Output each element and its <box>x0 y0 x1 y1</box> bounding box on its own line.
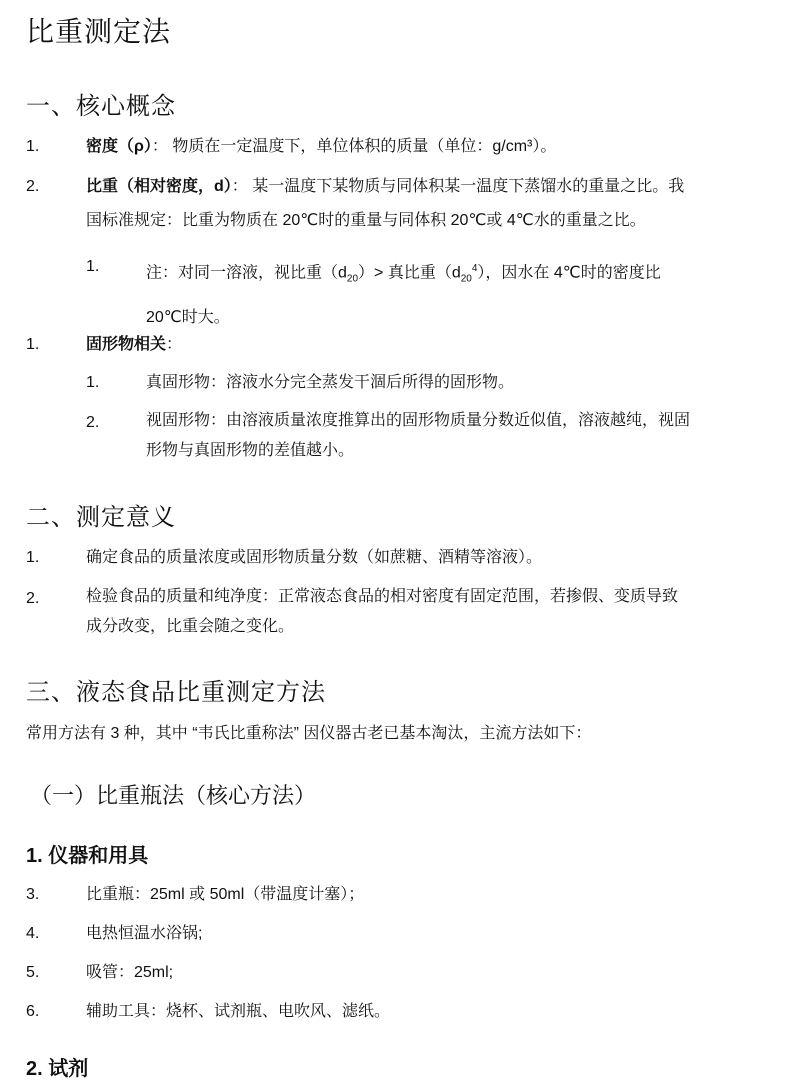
heading-instruments: 1. 仪器和用具 <box>26 839 148 868</box>
list-number: 2. <box>26 170 66 204</box>
term-definition: 某一温度下某物质与同体积某一温度下蒸馏水的重量之比。我 <box>252 178 684 195</box>
list-number: 3. <box>26 878 66 912</box>
list-number: 1. <box>26 328 66 362</box>
list-number: 2. <box>86 406 126 440</box>
section-heading-core-concepts: 一、核心概念 <box>26 86 176 121</box>
list-number: 2. <box>26 582 66 616</box>
methods-intro: 常用方法有 3 种，其中 “韦氏比重称法” 因仪器古老已基本淘汰，主流方法如下： <box>26 719 591 749</box>
list-number: 1. <box>86 250 126 284</box>
list-number: 1. <box>26 541 66 575</box>
list-number: 5. <box>26 956 66 990</box>
section-heading-methods: 三、液态食品比重测定方法 <box>26 672 326 707</box>
term-label: 固形物相关 <box>86 336 166 353</box>
term-label: 密度（ρ） <box>86 138 152 155</box>
term-label: 比重（相对密度，d） <box>86 178 232 195</box>
page-title: 比重测定法 <box>26 10 171 50</box>
list-number: 1. <box>26 130 66 164</box>
heading-reagents: 2. 试剂 <box>26 1052 88 1081</box>
list-number: 1. <box>86 366 126 400</box>
subsection-heading-pycnometer: （一）比重瓶法（核心方法） <box>30 779 316 810</box>
term-definition: 物质在一定温度下，单位体积的质量（单位：g/cm³）。 <box>172 138 556 155</box>
list-number: 4. <box>26 917 66 951</box>
section-heading-significance: 二、测定意义 <box>26 497 176 532</box>
list-number: 6. <box>26 995 66 1029</box>
